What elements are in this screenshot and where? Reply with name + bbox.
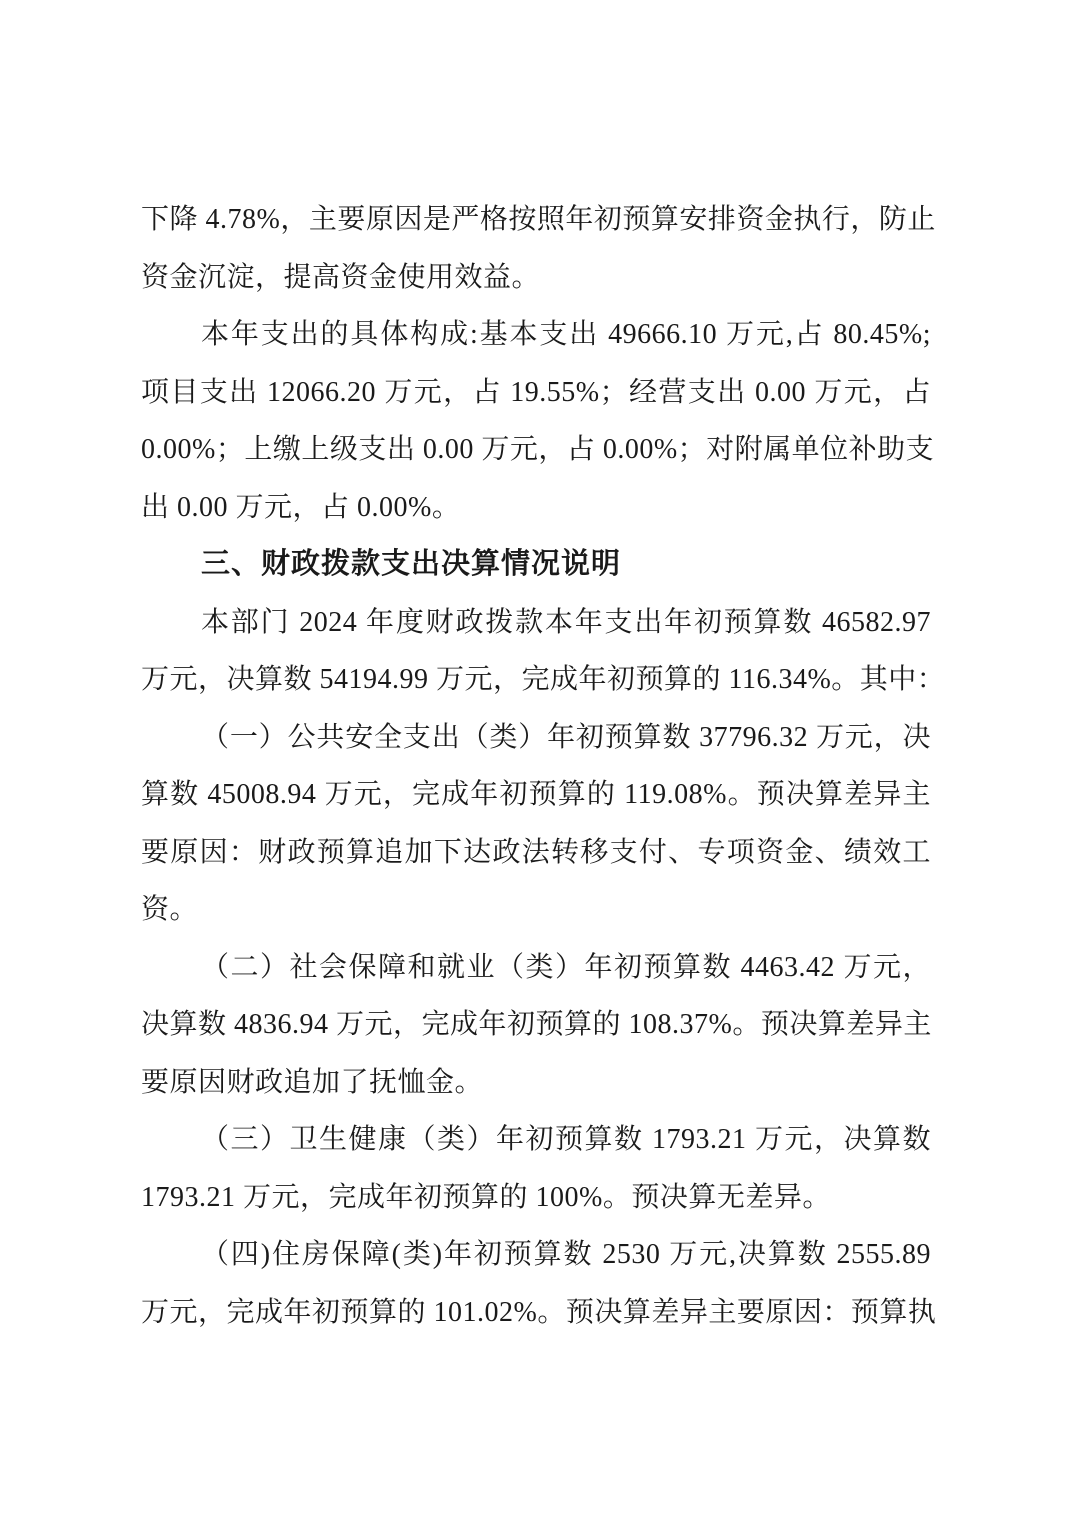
body-line: 本部门 2024 年度财政拨款本年支出年初预算数 46582.97 — [141, 594, 931, 652]
body-line: （二）社会保障和就业（类）年初预算数 4463.42 万元， — [141, 939, 931, 997]
body-line: （一）公共安全支出（类）年初预算数 37796.32 万元，决 — [141, 709, 931, 767]
body-line: 要原因财政追加了抚恤金。 — [141, 1054, 931, 1112]
document-page: 下降 4.78%，主要原因是严格按照年初预算安排资金执行，防止 资金沉淀，提高资… — [0, 0, 1074, 1520]
body-line: 下降 4.78%，主要原因是严格按照年初预算安排资金执行，防止 — [141, 191, 931, 249]
body-line: 万元，决算数 54194.99 万元，完成年初预算的 116.34%。其中： — [141, 651, 931, 709]
body-line: 0.00%；上缴上级支出 0.00 万元，占 0.00%；对附属单位补助支 — [141, 421, 931, 479]
body-line: （四)住房保障(类)年初预算数 2530 万元,决算数 2555.89 — [141, 1226, 931, 1284]
section-heading: 三、财政拨款支出决算情况说明 — [141, 536, 931, 594]
body-line: 资金沉淀，提高资金使用效益。 — [141, 249, 931, 307]
body-line: 项目支出 12066.20 万元，占 19.55%；经营支出 0.00 万元，占 — [141, 364, 931, 422]
body-line: 1793.21 万元，完成年初预算的 100%。预决算无差异。 — [141, 1169, 931, 1227]
body-line: （三）卫生健康（类）年初预算数 1793.21 万元，决算数 — [141, 1111, 931, 1169]
body-line: 资。 — [141, 881, 931, 939]
body-line: 决算数 4836.94 万元，完成年初预算的 108.37%。预决算差异主 — [141, 996, 931, 1054]
body-line: 本年支出的具体构成:基本支出 49666.10 万元,占 80.45%; — [141, 306, 931, 364]
body-line: 出 0.00 万元，占 0.00%。 — [141, 479, 931, 537]
document-content: 下降 4.78%，主要原因是严格按照年初预算安排资金执行，防止 资金沉淀，提高资… — [141, 191, 931, 1341]
body-line: 万元，完成年初预算的 101.02%。预决算差异主要原因：预算执 — [141, 1284, 931, 1342]
body-line: 要原因：财政预算追加下达政法转移支付、专项资金、绩效工 — [141, 824, 931, 882]
body-line: 算数 45008.94 万元，完成年初预算的 119.08%。预决算差异主 — [141, 766, 931, 824]
